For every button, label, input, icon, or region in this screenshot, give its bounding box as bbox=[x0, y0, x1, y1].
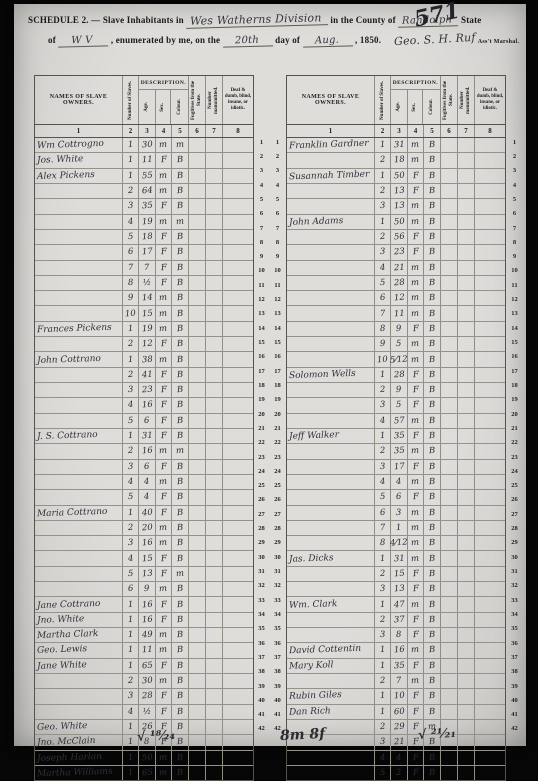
deaf-cell bbox=[223, 276, 253, 290]
owner-name-cell bbox=[287, 506, 375, 520]
sex-cell: m bbox=[156, 475, 172, 489]
colour-cell: B bbox=[172, 337, 189, 351]
deaf-cell bbox=[475, 643, 505, 657]
row-number: 16 bbox=[508, 350, 521, 364]
age-cell: 4 bbox=[139, 490, 156, 504]
deaf-cell bbox=[223, 291, 253, 305]
fugitive-cell bbox=[189, 337, 206, 351]
owner-name-cell bbox=[287, 383, 375, 397]
state-handwritten: W V bbox=[58, 34, 108, 47]
colour-cell: m bbox=[172, 567, 189, 581]
colour-cell: B bbox=[172, 643, 189, 657]
slave-count-cell: 4 bbox=[375, 751, 391, 765]
table-row: 27mB bbox=[287, 674, 505, 689]
table-row: 235mB bbox=[287, 444, 505, 459]
fugitive-cell bbox=[189, 460, 206, 474]
deaf-cell bbox=[223, 628, 253, 642]
fugitive-cell bbox=[441, 261, 458, 275]
owner-name-cell bbox=[287, 460, 375, 474]
colour-cell: B bbox=[172, 383, 189, 397]
sex-cell: F bbox=[156, 337, 172, 351]
deaf-cell bbox=[475, 169, 505, 183]
age-cell: 30 bbox=[139, 138, 156, 152]
table-row: 220mB bbox=[35, 521, 253, 536]
sex-cell: F bbox=[408, 429, 424, 443]
table-row: Franklin Gardner131mB bbox=[287, 138, 505, 153]
deaf-cell bbox=[223, 751, 253, 765]
manumitted-cell bbox=[458, 659, 475, 673]
age-cell: 31 bbox=[139, 429, 156, 443]
deaf-cell bbox=[475, 506, 505, 520]
fugitive-cell bbox=[189, 643, 206, 657]
fugitive-cell bbox=[189, 153, 206, 167]
row-number: 1 bbox=[508, 135, 521, 149]
colour-cell: B bbox=[424, 751, 441, 765]
fugitive-cell bbox=[189, 215, 206, 229]
fugitive-cell bbox=[189, 383, 206, 397]
colour-cell: m bbox=[172, 138, 189, 152]
tables-region: NAMES OF SLAVE OWNERS. Number of Slaves.… bbox=[14, 75, 526, 768]
owner-name-cell bbox=[35, 245, 123, 259]
fugitive-cell bbox=[441, 169, 458, 183]
slave-count-cell: 10 bbox=[375, 352, 391, 366]
row-number: 35 bbox=[271, 622, 284, 636]
row-number: 37 bbox=[271, 650, 284, 664]
colour-cell: B bbox=[424, 597, 441, 611]
deaf-cell bbox=[475, 705, 505, 719]
colour-cell: B bbox=[172, 460, 189, 474]
slave-count-cell: 1 bbox=[123, 138, 139, 152]
age-cell: 60 bbox=[391, 705, 408, 719]
deaf-cell bbox=[223, 184, 253, 198]
row-number: 11 bbox=[255, 278, 268, 292]
colour-cell: B bbox=[172, 230, 189, 244]
slave-count-cell: 1 bbox=[123, 613, 139, 627]
row-number: 34 bbox=[271, 607, 284, 621]
row-number: 37 bbox=[508, 650, 521, 664]
colour-cell: B bbox=[424, 398, 441, 412]
row-number: 6 bbox=[271, 207, 284, 221]
manumitted-cell bbox=[458, 444, 475, 458]
manumitted-cell bbox=[458, 582, 475, 596]
manumitted-cell bbox=[206, 322, 223, 336]
slave-count-cell: 1 bbox=[123, 506, 139, 520]
state-printed: State bbox=[461, 15, 482, 25]
sex-cell: m bbox=[408, 551, 424, 565]
manumitted-cell bbox=[206, 674, 223, 688]
colour-cell: B bbox=[424, 337, 441, 351]
manumitted-cell bbox=[458, 306, 475, 320]
owner-name-cell bbox=[287, 352, 375, 366]
age-cell: 12 bbox=[139, 337, 156, 351]
row-number: 25 bbox=[271, 479, 284, 493]
colour-cell: B bbox=[172, 368, 189, 382]
sex-cell: m bbox=[408, 291, 424, 305]
fugitive-cell bbox=[441, 597, 458, 611]
deaf-cell bbox=[475, 490, 505, 504]
table-row: 256FB bbox=[287, 230, 505, 245]
deaf-cell bbox=[475, 536, 505, 550]
age-cell: 6 bbox=[139, 414, 156, 428]
row-number: 6 bbox=[508, 207, 521, 221]
table-row: 8½FB bbox=[35, 276, 253, 291]
deaf-cell bbox=[475, 215, 505, 229]
table-row: 44mB bbox=[35, 475, 253, 490]
table-row: 216mm bbox=[35, 444, 253, 459]
colour-cell: B bbox=[424, 490, 441, 504]
owner-name-cell bbox=[35, 368, 123, 382]
row-number: 12 bbox=[255, 292, 268, 306]
owner-name-cell bbox=[287, 199, 375, 213]
column-numbers-right: 12345678 bbox=[287, 125, 505, 138]
slave-count-cell: 2 bbox=[375, 383, 391, 397]
slave-count-cell: 4 bbox=[375, 414, 391, 428]
sex-cell: F bbox=[156, 398, 172, 412]
owner-name-cell bbox=[35, 460, 123, 474]
row-number: 34 bbox=[255, 607, 268, 621]
fugitive-cell bbox=[441, 352, 458, 366]
colour-cell: B bbox=[424, 306, 441, 320]
owner-name-cell bbox=[287, 245, 375, 259]
row-number: 20 bbox=[255, 407, 268, 421]
colour-cell: B bbox=[424, 689, 441, 703]
slave-count-cell: 1 bbox=[375, 659, 391, 673]
fugitive-cell bbox=[189, 368, 206, 382]
col-group-description: DESCRIPTION. Age. Sex. Colour. bbox=[139, 76, 189, 124]
slave-count-cell: 2 bbox=[123, 337, 139, 351]
colour-cell: B bbox=[172, 551, 189, 565]
row-number: 29 bbox=[271, 536, 284, 550]
col-header-sex: Sex. bbox=[408, 90, 424, 124]
colour-cell: B bbox=[424, 444, 441, 458]
deaf-cell bbox=[475, 444, 505, 458]
deaf-cell bbox=[475, 368, 505, 382]
row-number: 8 bbox=[255, 235, 268, 249]
age-cell: 15 bbox=[139, 306, 156, 320]
sex-cell: m bbox=[408, 414, 424, 428]
description-label: DESCRIPTION. bbox=[391, 76, 440, 90]
slave-count-cell: 1 bbox=[123, 169, 139, 183]
owner-name-cell bbox=[287, 490, 375, 504]
slave-count-cell: 7 bbox=[375, 521, 391, 535]
owner-name-cell bbox=[35, 383, 123, 397]
row-number: 14 bbox=[271, 321, 284, 335]
row-number: 22 bbox=[508, 436, 521, 450]
row-number: 11 bbox=[508, 278, 521, 292]
colour-cell: B bbox=[424, 674, 441, 688]
sex-cell: m bbox=[156, 674, 172, 688]
age-cell: 47 bbox=[391, 597, 408, 611]
slave-count-cell: 5 bbox=[123, 414, 139, 428]
colour-cell: B bbox=[172, 414, 189, 428]
row-number: 33 bbox=[271, 593, 284, 607]
col-header-sex: Sex. bbox=[156, 90, 172, 124]
owner-name-cell: Geo. Lewis bbox=[35, 643, 123, 657]
row-number: 5 bbox=[271, 192, 284, 206]
age-cell: 38 bbox=[139, 352, 156, 366]
table-row: 44mB bbox=[287, 475, 505, 490]
table-row: 38FB bbox=[287, 628, 505, 643]
manumitted-cell bbox=[458, 751, 475, 765]
row-number: 35 bbox=[508, 622, 521, 636]
table-row: 457mB bbox=[287, 414, 505, 429]
manumitted-cell bbox=[206, 276, 223, 290]
owner-name-cell: Jas. Dicks bbox=[287, 551, 375, 565]
table-row: 237FB bbox=[287, 613, 505, 628]
sex-cell: F bbox=[408, 322, 424, 336]
age-cell: 19 bbox=[139, 215, 156, 229]
column-number: 6 bbox=[441, 125, 458, 137]
colour-cell: B bbox=[424, 276, 441, 290]
deaf-cell bbox=[475, 659, 505, 673]
table-row: John Adams150mB bbox=[287, 215, 505, 230]
fugitive-cell bbox=[441, 414, 458, 428]
row-number: 7 bbox=[271, 221, 284, 235]
sex-cell: F bbox=[408, 567, 424, 581]
row-number: 36 bbox=[508, 636, 521, 650]
owner-name-cell: John Adams bbox=[287, 215, 375, 229]
table-row: 518FB bbox=[35, 230, 253, 245]
owner-name-cell bbox=[287, 337, 375, 351]
deaf-cell bbox=[475, 276, 505, 290]
deaf-cell bbox=[475, 306, 505, 320]
slave-count-cell: 8 bbox=[375, 322, 391, 336]
row-number: 29 bbox=[508, 536, 521, 550]
deaf-cell bbox=[475, 551, 505, 565]
row-number: 14 bbox=[255, 321, 268, 335]
sex-cell: F bbox=[408, 230, 424, 244]
fugitive-cell bbox=[189, 261, 206, 275]
slave-count-cell: 1 bbox=[375, 429, 391, 443]
col-header-deaf: Deaf & dumb, blind, insane, or idiotic. bbox=[223, 76, 253, 124]
column-number: 3 bbox=[391, 125, 408, 137]
manumitted-cell bbox=[206, 153, 223, 167]
colour-cell: B bbox=[424, 261, 441, 275]
slave-count-cell: 3 bbox=[123, 689, 139, 703]
slave-count-cell: 1 bbox=[375, 643, 391, 657]
colour-cell: B bbox=[172, 689, 189, 703]
sex-cell: F bbox=[156, 613, 172, 627]
sex-cell: m bbox=[408, 306, 424, 320]
colour-cell: B bbox=[424, 506, 441, 520]
age-cell: 30 bbox=[139, 674, 156, 688]
row-number: 22 bbox=[271, 436, 284, 450]
sex-cell: F bbox=[408, 383, 424, 397]
deaf-cell bbox=[223, 674, 253, 688]
manumitted-cell bbox=[458, 398, 475, 412]
fugitive-cell bbox=[441, 337, 458, 351]
manumitted-cell bbox=[206, 444, 223, 458]
slave-count-cell: 1 bbox=[123, 153, 139, 167]
table-header-right: NAMES OF SLAVE OWNERS. Number of Slaves.… bbox=[287, 76, 505, 125]
row-number: 4 bbox=[271, 178, 284, 192]
sex-cell: F bbox=[156, 276, 172, 290]
row-number: 10 bbox=[271, 264, 284, 278]
fugitive-cell bbox=[441, 153, 458, 167]
deaf-cell bbox=[223, 199, 253, 213]
row-number: 12 bbox=[271, 292, 284, 306]
manumitted-cell bbox=[206, 184, 223, 198]
age-cell: 21 bbox=[391, 261, 408, 275]
owner-name-cell: Wm. Clark bbox=[287, 597, 375, 611]
colour-cell: B bbox=[172, 475, 189, 489]
sex-cell: m bbox=[408, 337, 424, 351]
fugitive-cell bbox=[189, 597, 206, 611]
manumitted-cell bbox=[206, 659, 223, 673]
owner-name-cell: David Cottentin bbox=[287, 643, 375, 657]
sex-cell: F bbox=[156, 659, 172, 673]
slave-count-cell: 2 bbox=[123, 674, 139, 688]
fugitive-cell bbox=[441, 199, 458, 213]
slave-count-cell: 3 bbox=[123, 536, 139, 550]
table-row: 513Fm bbox=[35, 567, 253, 582]
manumitted-cell bbox=[206, 628, 223, 642]
manumitted-cell bbox=[206, 169, 223, 183]
age-cell: 17 bbox=[139, 245, 156, 259]
manumitted-cell bbox=[206, 261, 223, 275]
table-row: 215FB bbox=[287, 567, 505, 582]
table-row: 4½FB bbox=[35, 705, 253, 720]
age-cell: 28 bbox=[391, 368, 408, 382]
table-row: 1015mB bbox=[35, 306, 253, 321]
row-number: 10 bbox=[508, 264, 521, 278]
age-cell: 23 bbox=[139, 383, 156, 397]
slave-count-cell: 3 bbox=[375, 398, 391, 412]
age-cell: 23 bbox=[391, 245, 408, 259]
deaf-cell bbox=[475, 567, 505, 581]
slave-count-cell: 4 bbox=[123, 551, 139, 565]
fugitive-cell bbox=[189, 506, 206, 520]
fugitive-cell bbox=[441, 551, 458, 565]
colour-cell: B bbox=[424, 245, 441, 259]
owner-name-cell bbox=[287, 306, 375, 320]
table-row: 323FB bbox=[287, 245, 505, 260]
table-row: 612mB bbox=[287, 291, 505, 306]
manumitted-cell bbox=[458, 414, 475, 428]
deaf-cell bbox=[475, 184, 505, 198]
deaf-cell bbox=[223, 261, 253, 275]
slave-count-cell: 1 bbox=[123, 628, 139, 642]
age-cell: 5 bbox=[391, 398, 408, 412]
table-row: Frances Pickens119mB bbox=[35, 322, 253, 337]
day-of-printed: day of bbox=[275, 35, 300, 45]
manumitted-cell bbox=[206, 536, 223, 550]
owner-name-cell: J. S. Cottrano bbox=[35, 429, 123, 443]
row-number: 24 bbox=[271, 464, 284, 478]
deaf-cell bbox=[223, 597, 253, 611]
row-number: 5 bbox=[255, 192, 268, 206]
fugitive-cell bbox=[441, 383, 458, 397]
slave-count-cell: 3 bbox=[375, 245, 391, 259]
colour-cell: B bbox=[424, 613, 441, 627]
manumitted-cell bbox=[206, 306, 223, 320]
sex-cell: F bbox=[156, 383, 172, 397]
manumitted-cell bbox=[458, 613, 475, 627]
table-row: 914mB bbox=[35, 291, 253, 306]
table-row: Alex Pickens155mB bbox=[35, 169, 253, 184]
tally-right: √ ²¹⁄₂₁ bbox=[418, 726, 457, 743]
slave-table-right: NAMES OF SLAVE OWNERS. Number of Slaves.… bbox=[286, 75, 506, 768]
slave-count-cell: 4 bbox=[123, 475, 139, 489]
age-cell: 19 bbox=[139, 322, 156, 336]
owner-name-cell bbox=[35, 551, 123, 565]
col-group-description: DESCRIPTION. Age. Sex. Colour. bbox=[391, 76, 441, 124]
deaf-cell bbox=[475, 153, 505, 167]
sex-cell: m bbox=[156, 521, 172, 535]
manumitted-cell bbox=[206, 215, 223, 229]
deaf-cell bbox=[475, 138, 505, 152]
table-row: Maria Cottrano140FB bbox=[35, 506, 253, 521]
fugitive-cell bbox=[441, 751, 458, 765]
table-row: John Cottrano138mB bbox=[35, 352, 253, 367]
fugitive-cell bbox=[189, 567, 206, 581]
fugitive-cell bbox=[189, 613, 206, 627]
owner-name-cell bbox=[287, 628, 375, 642]
table-row: 71mB bbox=[287, 521, 505, 536]
sex-cell: F bbox=[408, 184, 424, 198]
row-number: 40 bbox=[255, 693, 268, 707]
owner-name-cell: Alex Pickens bbox=[35, 169, 123, 183]
fugitive-cell bbox=[441, 368, 458, 382]
sex-cell: m bbox=[408, 674, 424, 688]
manumitted-cell bbox=[206, 398, 223, 412]
owner-name-cell: Franklin Gardner bbox=[287, 138, 375, 152]
row-number: 27 bbox=[255, 507, 268, 521]
deaf-cell bbox=[223, 352, 253, 366]
sex-cell: F bbox=[408, 490, 424, 504]
colour-cell: B bbox=[424, 536, 441, 550]
colour-cell: m bbox=[172, 215, 189, 229]
age-cell: 28 bbox=[139, 689, 156, 703]
deaf-cell bbox=[223, 582, 253, 596]
month-handwritten: Aug. bbox=[302, 34, 352, 47]
colour-cell: B bbox=[424, 414, 441, 428]
colour-cell: B bbox=[424, 705, 441, 719]
owner-name-cell: Wm Cottrogno bbox=[35, 138, 123, 152]
sex-cell: F bbox=[408, 368, 424, 382]
fugitive-cell bbox=[441, 291, 458, 305]
colour-cell: B bbox=[424, 383, 441, 397]
colour-cell: B bbox=[424, 628, 441, 642]
owner-name-cell bbox=[287, 613, 375, 627]
fugitive-cell bbox=[189, 659, 206, 673]
table-row: J. S. Cottrano131FB bbox=[35, 429, 253, 444]
age-cell: 17 bbox=[391, 460, 408, 474]
manumitted-cell bbox=[458, 352, 475, 366]
sex-cell: m bbox=[408, 643, 424, 657]
row-number: 28 bbox=[271, 521, 284, 535]
colour-cell: B bbox=[424, 475, 441, 489]
col-header-fugitives: Fugitives from the State. bbox=[441, 76, 458, 124]
owner-name-cell bbox=[35, 674, 123, 688]
table-row: 95mB bbox=[287, 337, 505, 352]
schedule-label: SCHEDULE 2. bbox=[28, 15, 89, 25]
colour-cell: B bbox=[424, 368, 441, 382]
manumitted-cell bbox=[458, 674, 475, 688]
owner-name-cell: Jos. White bbox=[35, 153, 123, 167]
age-cell: 65 bbox=[139, 659, 156, 673]
deaf-cell bbox=[475, 460, 505, 474]
owner-name-cell bbox=[35, 215, 123, 229]
row-number: 2 bbox=[271, 149, 284, 163]
age-cell: 31 bbox=[391, 138, 408, 152]
slave-count-cell: 1 bbox=[375, 169, 391, 183]
age-cell: ½ bbox=[139, 276, 156, 290]
tally-left: √ ¹⁸⁄₂₄ bbox=[137, 728, 176, 745]
age-cell: 4 bbox=[391, 475, 408, 489]
table-row: 313mB bbox=[287, 199, 505, 214]
owner-name-cell bbox=[35, 337, 123, 351]
